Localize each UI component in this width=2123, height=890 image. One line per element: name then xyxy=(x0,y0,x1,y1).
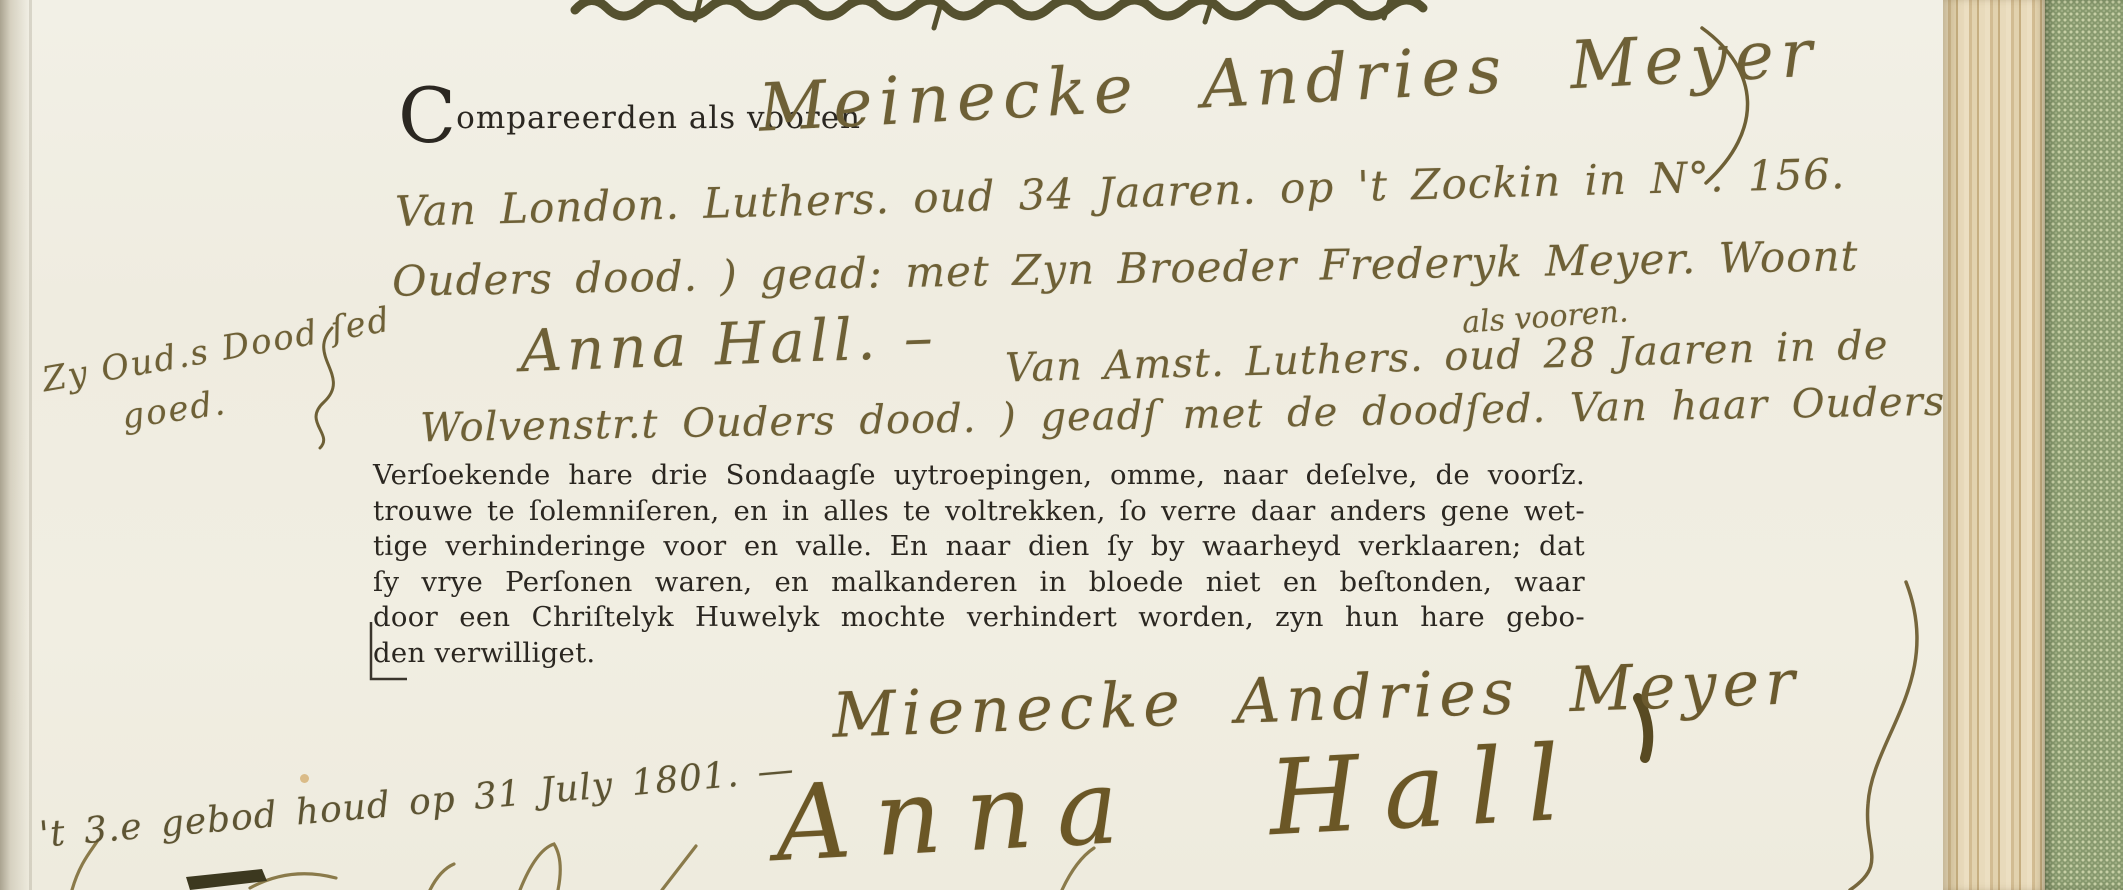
groom-details-line1: Van London. Luthers. oud 34 Jaaren. op '… xyxy=(395,149,1846,236)
clause-line: tige verhinderinge voor en valle. En naa… xyxy=(373,529,1585,565)
margin-note-line2: goed. xyxy=(120,383,229,437)
ink-bar-bottom xyxy=(186,869,267,890)
groom-name-entry: Meinecke Andries Meyer xyxy=(757,14,1821,146)
cropped-handwriting-top-stems xyxy=(695,0,1390,28)
paper-stain xyxy=(300,774,309,783)
cropped-handwriting-top xyxy=(575,0,1423,16)
manuscript-page: Compareerden als vooren Meinecke Andries… xyxy=(0,0,2123,890)
clause-line: trouwe te ſolemniſeren, en in alles te v… xyxy=(373,494,1585,530)
signature-flourish-right xyxy=(1850,582,1917,890)
book-page-edges xyxy=(1943,0,2045,890)
binding-cloth xyxy=(2045,0,2123,890)
clause-line: Verſoekende hare drie Sondaagſe uytroepi… xyxy=(373,458,1585,494)
clause-line: ſy vrye Perſonen waren, en malkanderen i… xyxy=(373,565,1585,601)
banns-note: 't 3.e gebod houd op 31 July 1801. — xyxy=(38,749,797,856)
bride-details-line2: Wolvenstr.t Ouders dood. ) geadſ met de … xyxy=(420,379,1960,452)
page-left-edge xyxy=(0,0,30,890)
clause-line: door een Chriſtelyk Huwelyk mochte verhi… xyxy=(373,600,1585,636)
page-left-crease xyxy=(29,0,32,890)
printed-intro-initial: C xyxy=(398,71,456,160)
printed-clause: Verſoekende hare drie Sondaagſe uytroepi… xyxy=(373,458,1585,671)
bride-name-entry: Anna Hall. – xyxy=(519,303,939,386)
groom-details-line2: Ouders dood. ) gead: met Zyn Broeder Fre… xyxy=(392,231,1859,306)
